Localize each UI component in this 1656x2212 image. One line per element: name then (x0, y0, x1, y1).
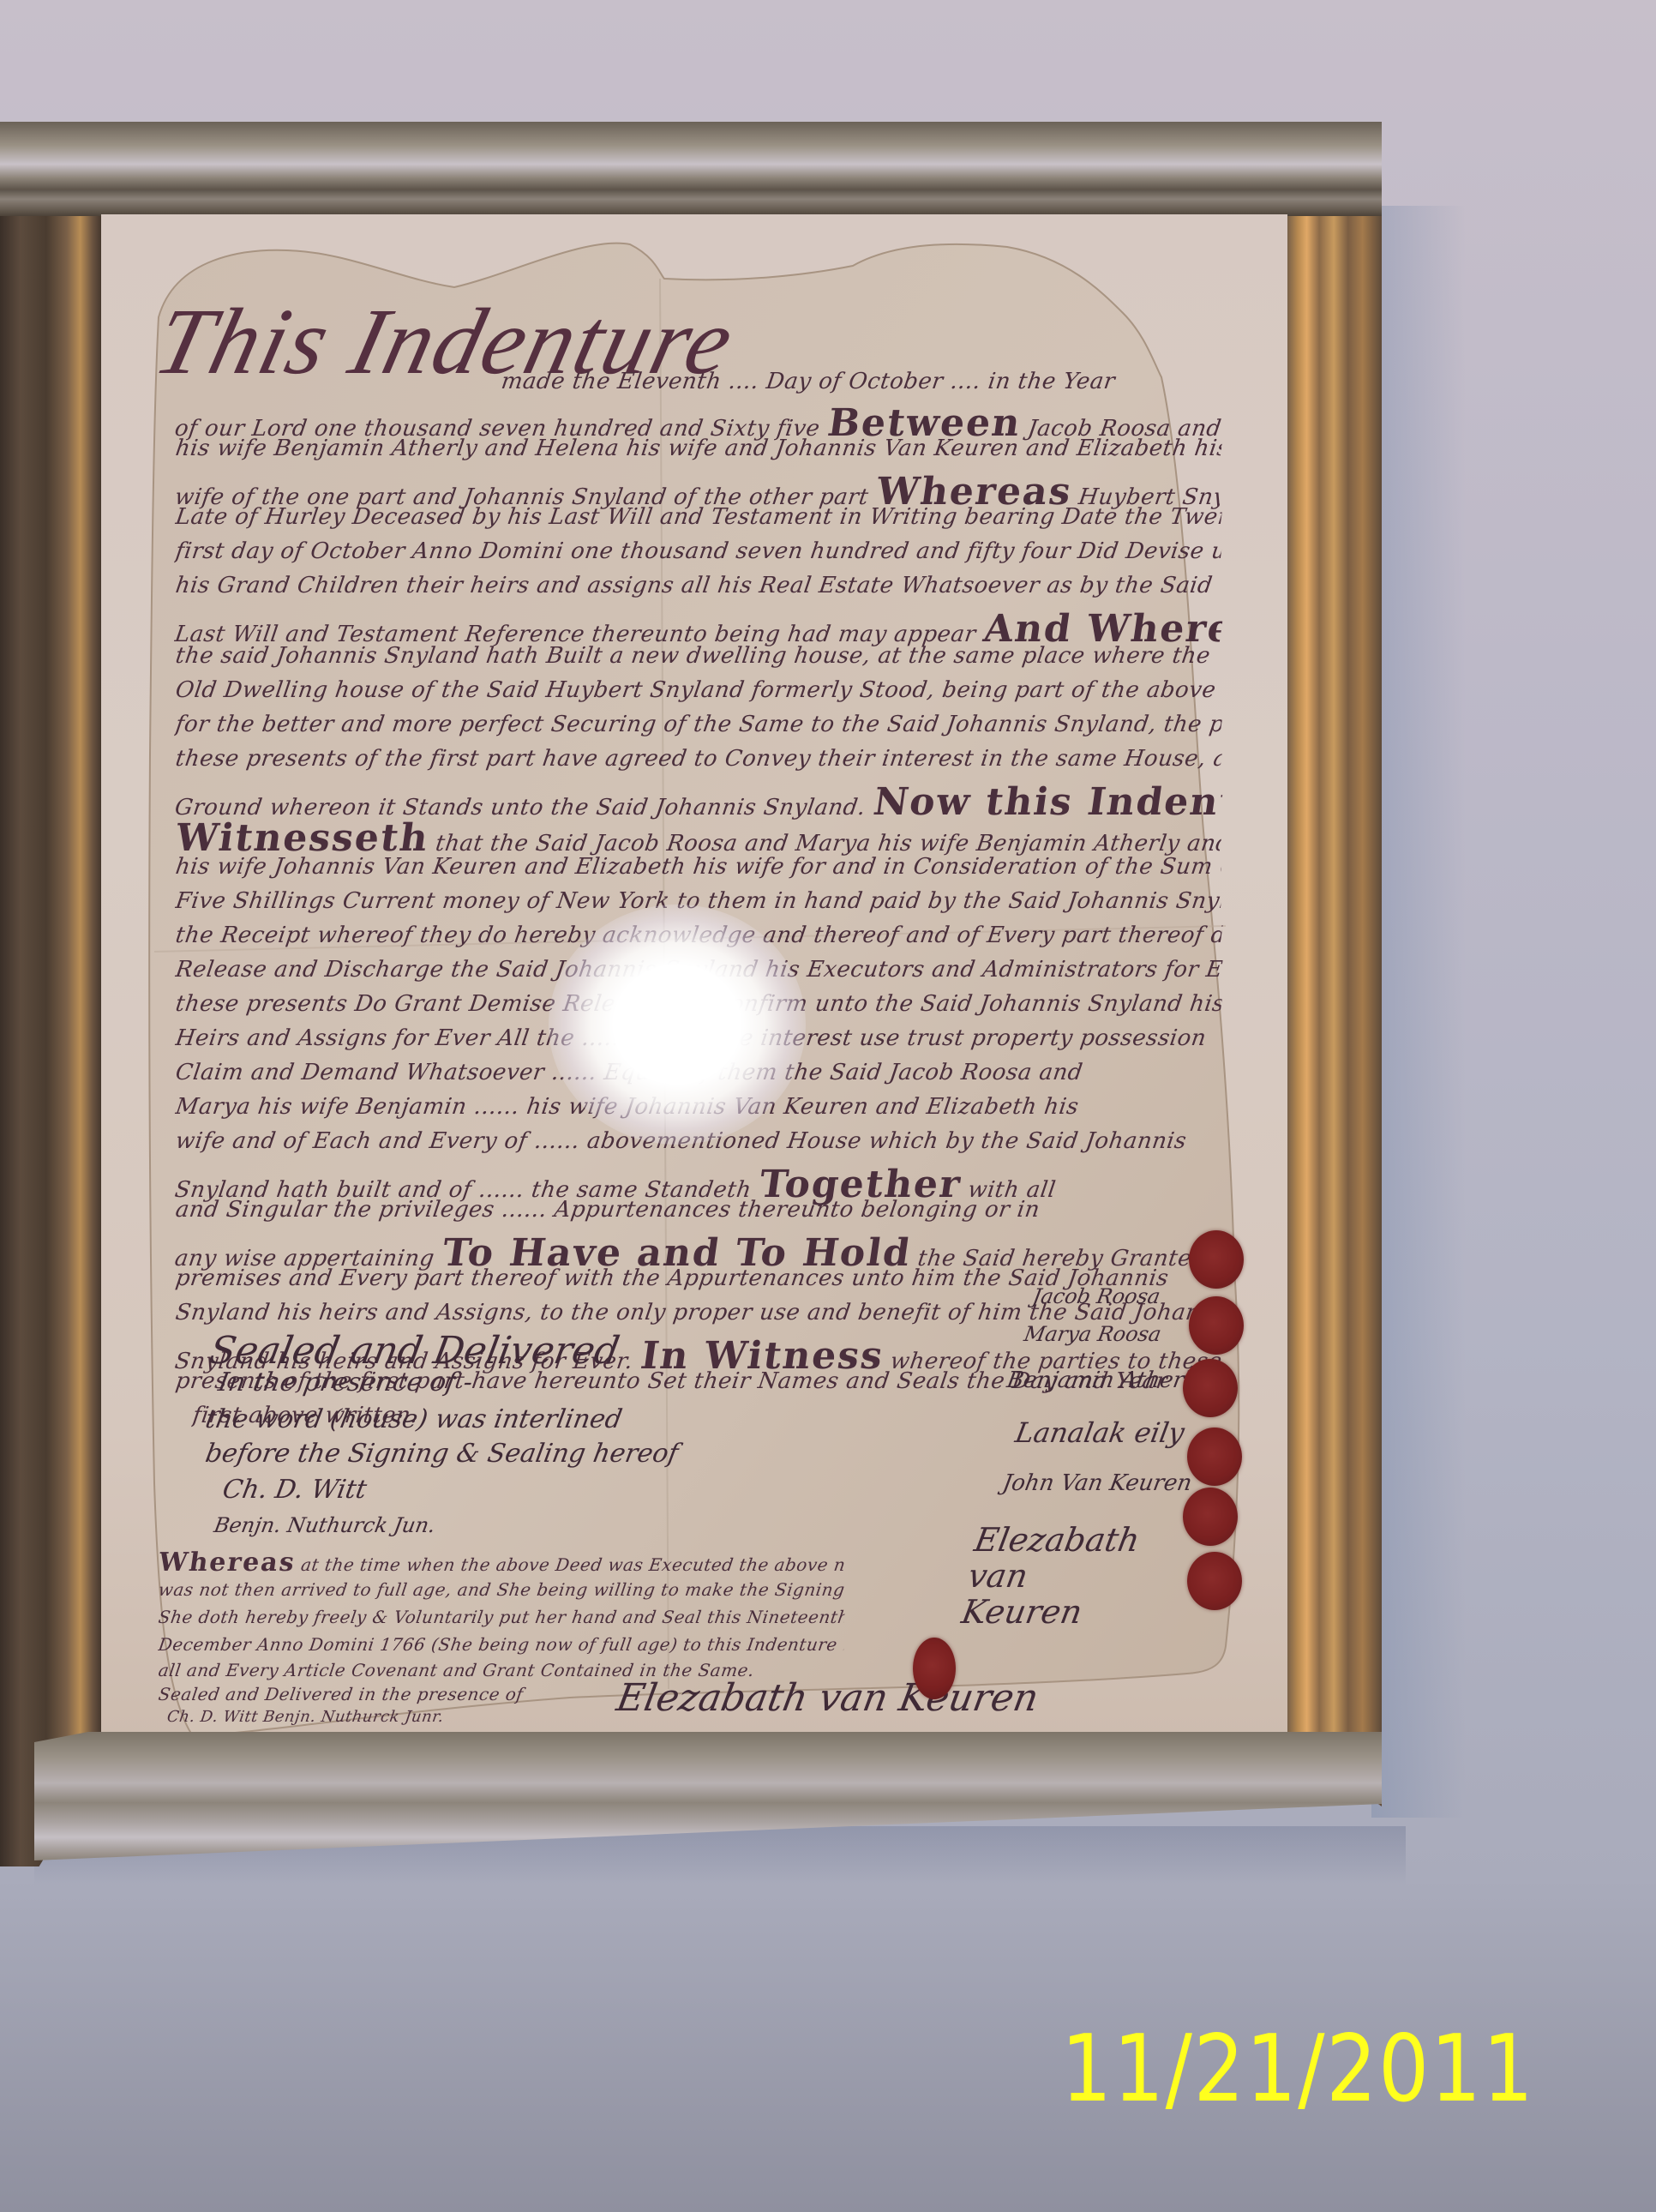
sealed-line: Ch. D. Witt (220, 1475, 369, 1505)
text-line: first day of October Anno Domini one tho… (174, 538, 1223, 564)
whereas-line: December Anno Domini 1766 (She being now… (157, 1634, 845, 1655)
sealed-line: before the Signing & Sealing hereof (203, 1439, 681, 1469)
wax-seal (1183, 1488, 1238, 1546)
date-stamp: 11/21/2011 (1061, 2023, 1535, 2116)
wax-seal (1189, 1296, 1244, 1355)
frame-left-rail (0, 122, 103, 1866)
whereas-line: Ch. D. Witt Benjn. Nuthurck Junr. (166, 1708, 649, 1726)
whereas-line: Sealed and Delivered in the presence of (157, 1684, 639, 1704)
signature-john-van-keuren: John Van Keuren (1000, 1470, 1193, 1496)
sealed-line: the word (house) was interlined (203, 1404, 624, 1434)
text-line: his wife Johannis Van Keuren and Elizabe… (174, 854, 1223, 880)
wax-seal (1189, 1230, 1244, 1289)
whereas-line: was not then arrived to full age, and Sh… (157, 1579, 845, 1600)
wall-shadow (1371, 206, 1466, 1818)
signature-helena: Lanalak eily (1013, 1416, 1187, 1449)
elizabeth-signature-bottom: Elezabath van Keuren (614, 1676, 1042, 1720)
signature-jacob-roosa: Jacob Roosa (1031, 1284, 1162, 1308)
whereas-line: Whereas at the time when the above Deed … (157, 1548, 847, 1578)
wax-seal (1183, 1359, 1238, 1417)
text-line: made the Eleventh .... Day of October ..… (500, 369, 1223, 394)
text-line: and Singular the privileges ...... Appur… (174, 1197, 1223, 1223)
sealed-line: Benjn. Nuthurck Jun. (213, 1513, 438, 1537)
text-line: for the better and more perfect Securing… (174, 712, 1223, 737)
sealed-line: In the presence of - (216, 1367, 475, 1398)
wax-seal (1187, 1428, 1242, 1486)
whereas-line: She doth hereby freely & Voluntarily put… (157, 1607, 845, 1627)
signature-elezabath-van-keuren: Elezabath van Keuren (959, 1522, 1149, 1630)
text-line: these presents of the first part have ag… (174, 746, 1223, 772)
text-line: his wife Benjamin Atherly and Helena his… (174, 436, 1223, 461)
text-line: the said Johannis Snyland hath Built a n… (174, 643, 1223, 669)
text-line: his Grand Children their heirs and assig… (174, 573, 1223, 598)
signature-benjamin-atherly: Benjamin Atherly (1005, 1367, 1205, 1393)
wax-seal (913, 1638, 956, 1699)
text-line: Late of Hurley Deceased by his Last Will… (174, 504, 1223, 530)
wax-seal (1187, 1552, 1242, 1610)
text-line: Old Dwelling house of the Said Huybert S… (174, 677, 1223, 703)
frame-right-rail (1286, 122, 1382, 1806)
signature-marya-roosa: Marya Roosa (1023, 1322, 1163, 1346)
flash-glare (549, 905, 806, 1145)
frame-top-rail (0, 122, 1382, 216)
sealed-heading: Sealed and Delivered (207, 1329, 623, 1373)
